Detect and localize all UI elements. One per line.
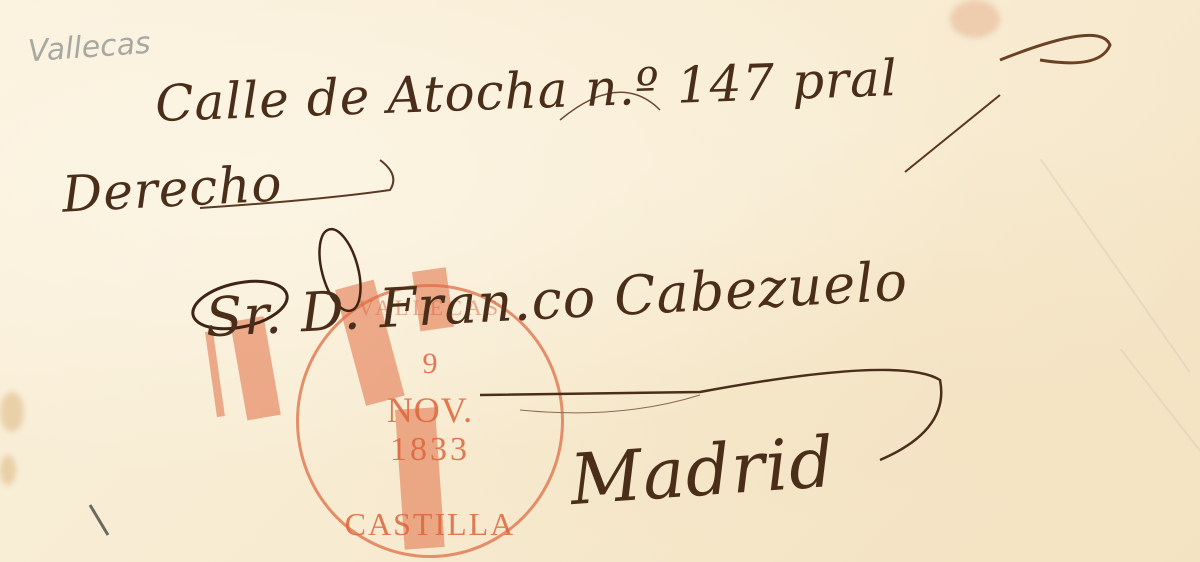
address-door-line: Derecho [61, 154, 284, 223]
address-street-line: Calle de Atocha n.º 147 pral [154, 49, 898, 133]
postmark-day: 9 [299, 347, 561, 381]
postmark-year: 1833 [299, 431, 561, 469]
foxing-stain [950, 0, 1000, 38]
foxing-stain [0, 455, 16, 485]
pencil-annotation: Vallecas [27, 26, 152, 69]
postmark-region: CASTILLA [299, 506, 561, 543]
postal-cover: Vallecas VALLECAS 9 NOV. 1833 CASTILLA [0, 0, 1200, 562]
postmark-month: NOV. [299, 389, 561, 431]
destination-city: Madrid [567, 421, 837, 521]
foxing-stain [0, 392, 24, 432]
paper-crease [1120, 349, 1200, 524]
paper-crease [1040, 159, 1191, 373]
